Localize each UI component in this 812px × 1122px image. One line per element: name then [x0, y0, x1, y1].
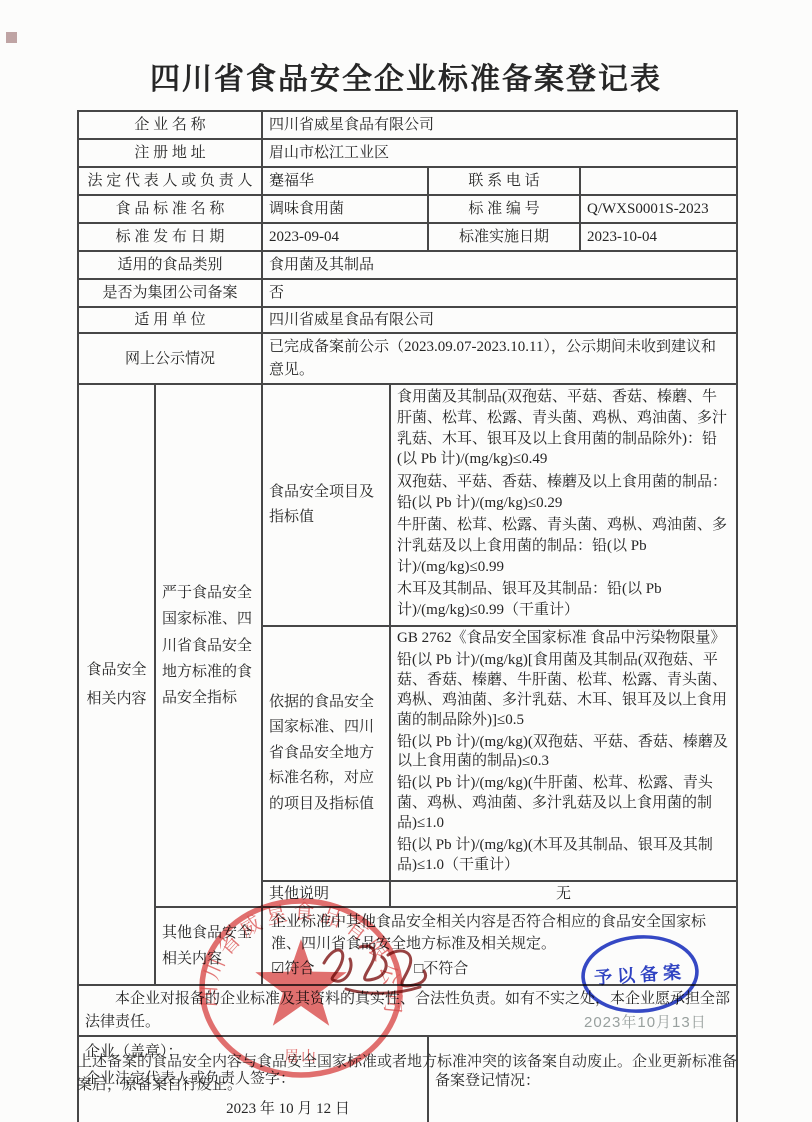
table-row: 企 业 名 称 四川省威星食品有限公司 [78, 111, 737, 139]
applicable-unit-value: 四川省威星食品有限公司 [262, 307, 737, 333]
table-row: 食品安全相关内容 严于食品安全国家标准、四川省食品安全地方标准的食品安全指标 食… [78, 384, 737, 626]
safety-item: 木耳及其制品、银耳及其制品：铅(以 Pb 计)/(mg/kg)≤0.99（干重计… [397, 579, 730, 620]
food-category-label: 适用的食品类别 [78, 251, 262, 279]
basis-item: 铅(以 Pb 计)/(mg/kg)(牛肝菌、松茸、松露、青头菌、鸡枞、鸡油菌、多… [397, 774, 730, 834]
food-category-value: 食用菌及其制品 [262, 251, 737, 279]
basis-content: GB 2762《食品安全国家标准 食品中污染物限量》 铅(以 Pb 计)/(mg… [390, 626, 737, 881]
basis-item: 铅(以 Pb 计)/(mg/kg)(木耳及其制品、银耳及其制品)≤1.0（干重计… [397, 836, 730, 876]
table-row: 是否为集团公司备案 否 [78, 279, 737, 307]
safety-group-label: 食品安全相关内容 [78, 384, 155, 985]
sign-date: 2023 年 10 月 12 日 [85, 1098, 421, 1121]
registered-address-value: 眉山市松江工业区 [262, 139, 737, 167]
implement-date-label: 标准实施日期 [428, 223, 580, 251]
safety-items-label: 食品安全项目及指标值 [262, 384, 390, 626]
safety-items-content: 食用菌及其制品(双孢菇、平菇、香菇、榛蘑、牛肝菌、松茸、松露、青头菌、鸡枞、鸡油… [390, 384, 737, 626]
safety-item: 食用菌及其制品(双孢菇、平菇、香菇、榛蘑、牛肝菌、松茸、松露、青头菌、鸡枞、鸡油… [397, 387, 730, 470]
basis-item: 铅(以 Pb 计)/(mg/kg)[食用菌及其制品(双孢菇、平菇、香菇、榛蘑、牛… [397, 651, 730, 731]
standard-no-value: Q/WXS0001S-2023 [580, 195, 737, 223]
scan-corner-mark [6, 32, 17, 43]
online-publicity-label: 网上公示情况 [78, 333, 262, 384]
publish-date-value: 2023-09-04 [262, 223, 428, 251]
registration-table: 企 业 名 称 四川省威星食品有限公司 注 册 地 址 眉山市松江工业区 法 定… [77, 110, 738, 1122]
conform-checkbox-checked: ☑符合 [271, 961, 314, 977]
legal-rep-label: 法 定 代 表 人 或 负 责 人 [78, 167, 262, 195]
other-safety-label: 其他食品安全相关内容 [155, 907, 262, 985]
contact-phone-value [580, 167, 737, 195]
page-title: 四川省食品安全企业标准备案登记表 [0, 54, 812, 98]
publish-date-label: 标 准 发 布 日 期 [78, 223, 262, 251]
not-conform-checkbox: □不符合 [414, 961, 468, 977]
online-publicity-value: 已完成备案前公示（2023.09.07-2023.10.11），公示期间未收到建… [262, 333, 737, 384]
stricter-indicator-label: 严于食品安全国家标准、四川省食品安全地方标准的食品安全指标 [155, 384, 262, 907]
scanned-registration-form: { "page": { "title": "四川省食品安全企业标准备案登记表" … [0, 0, 812, 1122]
registered-address-label: 注 册 地 址 [78, 139, 262, 167]
table-row: 网上公示情况 已完成备案前公示（2023.09.07-2023.10.11），公… [78, 333, 737, 384]
approval-date: 2023年10月13日 [584, 1011, 707, 1032]
safety-item: 双孢菇、平菇、香菇、榛蘑及以上食用菌的制品：铅(以 Pb 计)/(mg/kg)≤… [397, 472, 730, 513]
company-name-value: 四川省威星食品有限公司 [262, 111, 737, 139]
implement-date-value: 2023-10-04 [580, 223, 737, 251]
table-row: 适 用 单 位 四川省威星食品有限公司 [78, 307, 737, 333]
legal-rep-value: 蹇福华 [262, 167, 428, 195]
contact-phone-label: 联 系 电 话 [428, 167, 580, 195]
standard-no-label: 标 准 编 号 [428, 195, 580, 223]
table-row: 其他食品安全相关内容 企业标准中其他食品安全相关内容是否符合相应的食品安全国家标… [78, 907, 737, 985]
table-row: 法 定 代 表 人 或 负 责 人 蹇福华 联 系 电 话 [78, 167, 737, 195]
table-row: 适用的食品类别 食用菌及其制品 [78, 251, 737, 279]
table-row: 标 准 发 布 日 期 2023-09-04 标准实施日期 2023-10-04 [78, 223, 737, 251]
table-row: 注 册 地 址 眉山市松江工业区 [78, 139, 737, 167]
table-row: 食 品 标 准 名 称 调味食用菌 标 准 编 号 Q/WXS0001S-202… [78, 195, 737, 223]
basis-label: 依据的食品安全国家标准、四川省食品安全地方标准名称，对应的项目及指标值 [262, 626, 390, 881]
other-note-value: 无 [390, 881, 737, 907]
applicable-unit-label: 适 用 单 位 [78, 307, 262, 333]
other-note-label: 其他说明 [262, 881, 390, 907]
group-filing-value: 否 [262, 279, 737, 307]
group-filing-label: 是否为集团公司备案 [78, 279, 262, 307]
standard-name-value: 调味食用菌 [262, 195, 428, 223]
company-name-label: 企 业 名 称 [78, 111, 262, 139]
basis-item: GB 2762《食品安全国家标准 食品中污染物限量》 [397, 629, 730, 649]
other-safety-text: 企业标准中其他食品安全相关内容是否符合相应的食品安全国家标准、四川省食品安全地方… [271, 914, 706, 951]
basis-item: 铅(以 Pb 计)/(mg/kg)(双孢菇、平菇、香菇、榛蘑及以上食用菌的制品)… [397, 733, 730, 773]
other-safety-content: 企业标准中其他食品安全相关内容是否符合相应的食品安全国家标准、四川省食品安全地方… [262, 907, 737, 985]
standard-name-label: 食 品 标 准 名 称 [78, 195, 262, 223]
footer-note: 上述备案的食品安全内容与食品安全国家标准或者地方标准冲突的该备案自动废止。企业更… [77, 1051, 741, 1096]
safety-item: 牛肝菌、松茸、松露、青头菌、鸡枞、鸡油菌、多汁乳菇及以上食用菌的制品：铅(以 P… [397, 515, 730, 577]
conformity-check-line: ☑符合 □不符合 [271, 959, 728, 980]
